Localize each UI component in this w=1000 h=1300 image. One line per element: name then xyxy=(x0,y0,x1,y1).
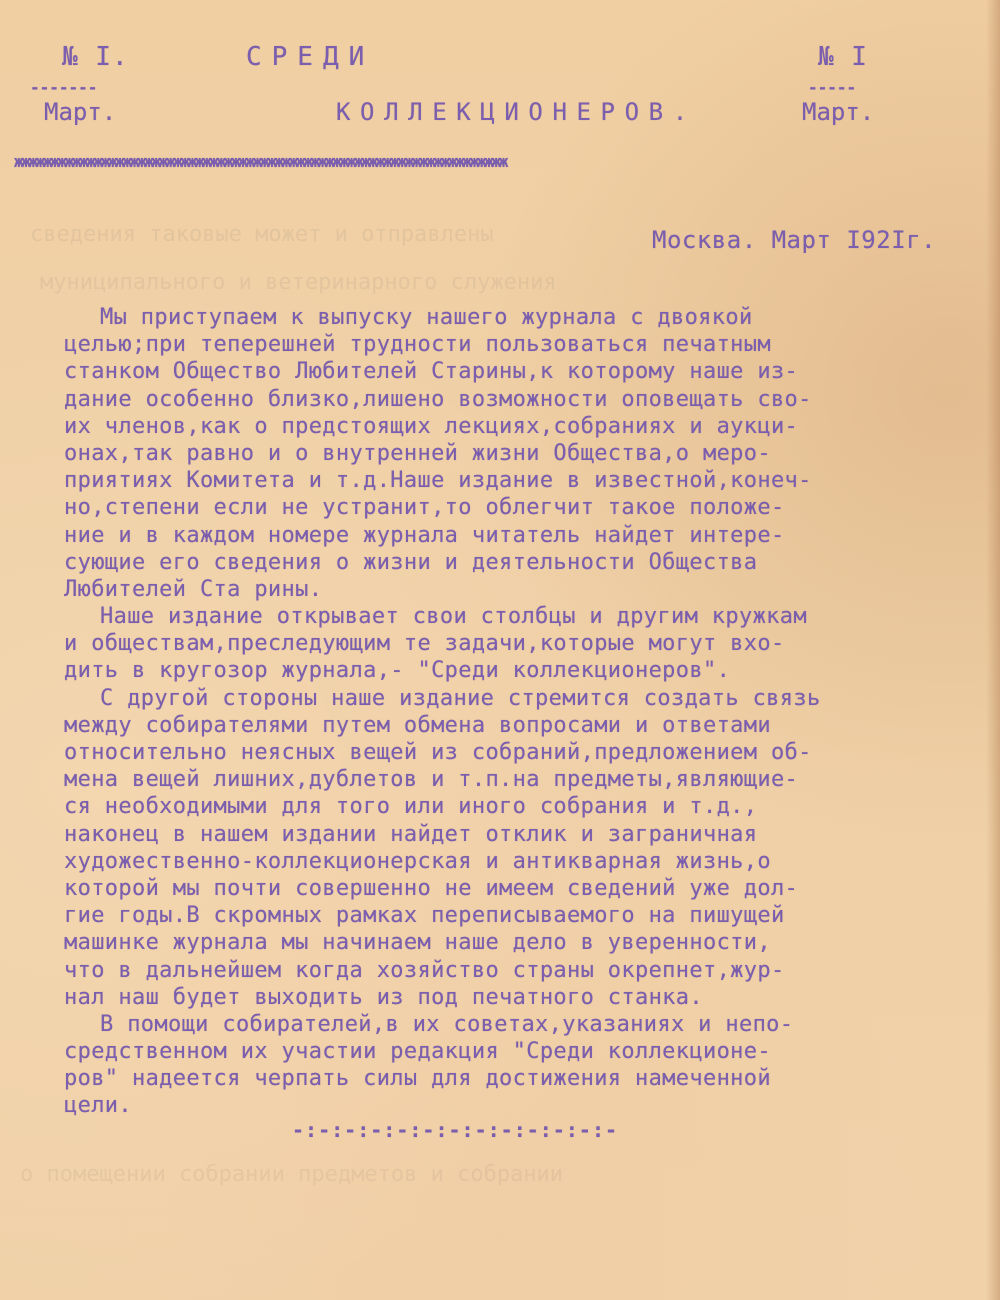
text-line: Наше издание открывает свои столбцы и др… xyxy=(64,603,1000,630)
text-line: их членов,как о предстоящих лекциях,собр… xyxy=(64,413,1000,440)
end-ornament: -:-:-:-:-:-:-:-:-:-:-:-:- xyxy=(292,1118,618,1142)
text-line: целью;при теперешней трудности пользоват… xyxy=(64,331,1000,358)
article-body: Мы приступаем к выпуску нашего журнала с… xyxy=(64,304,1000,1120)
issue-number-right: № I xyxy=(818,42,868,72)
month-left: Март. xyxy=(44,98,116,126)
text-line: онах,так равно и о внутренней жизни Обще… xyxy=(64,440,1000,467)
text-line: В помощи собирателей,в их советах,указан… xyxy=(64,1011,1000,1038)
text-line: мена вещей лишних,дублетов и т.п.на пред… xyxy=(64,766,1000,793)
text-line: нал наш будет выходить из под печатного … xyxy=(64,984,1000,1011)
dash-rule-left: ------- xyxy=(30,78,97,97)
text-line: машинке журнала мы начинаем наше дело в … xyxy=(64,929,1000,956)
text-line: дание особенно близко,лишено возможности… xyxy=(64,386,1000,413)
text-line: гие годы.В скромных рамках переписываемо… xyxy=(64,902,1000,929)
text-line: приятиях Комитета и т.д.Наше издание в и… xyxy=(64,467,1000,494)
text-line: относительно неясных вещей из собраний,п… xyxy=(64,739,1000,766)
masthead-title-line2: КОЛЛЕКЦИОНЕРОВ. xyxy=(336,98,697,126)
text-line: наконец в нашем издании найдет отклик и … xyxy=(64,821,1000,848)
bleed-through-text: муниципального и ветеринарного служения xyxy=(40,270,557,295)
text-line: которой мы почти совершенно не имеем све… xyxy=(64,875,1000,902)
ornamental-divider: жжжжжжжжжжжжжжжжжжжжжжжжжжжжжжжжжжжжжжжж… xyxy=(14,152,506,171)
bleed-through-text: о помещении собрании предметов и собрани… xyxy=(20,1162,563,1187)
text-line: цели. xyxy=(64,1092,1000,1119)
text-line: и обществам,преследующим те задачи,котор… xyxy=(64,630,1000,657)
issue-number-left: № I. xyxy=(62,42,129,72)
month-right: Март. xyxy=(802,98,874,126)
text-line: Мы приступаем к выпуску нашего журнала с… xyxy=(64,304,1000,331)
dateline: Москва. Март I92Iг. xyxy=(652,226,936,254)
text-line: ров" надеется черпать силы для достижени… xyxy=(64,1065,1000,1092)
document-page: сведения таковые может и отправлены муни… xyxy=(0,0,1000,1300)
text-line: станком Общество Любителей Старины,к кот… xyxy=(64,358,1000,385)
text-line: сующие его сведения о жизни и деятельнос… xyxy=(64,549,1000,576)
masthead-title-line1: СРЕДИ xyxy=(246,42,374,72)
text-line: между собирателями путем обмена вопросам… xyxy=(64,712,1000,739)
text-line: дить в кругозор журнала,- "Среди коллекц… xyxy=(64,657,1000,684)
text-line: средственном их участии редакция "Среди … xyxy=(64,1038,1000,1065)
text-line: художественно-коллекционерская и антиква… xyxy=(64,848,1000,875)
bleed-through-text: сведения таковые может и отправлены xyxy=(30,222,494,247)
text-line: что в дальнейшем когда хозяйство страны … xyxy=(64,957,1000,984)
text-line: ся необходимыми для того или иного собра… xyxy=(64,793,1000,820)
text-line: но,степени если не устранит,то облегчит … xyxy=(64,494,1000,521)
text-line: С другой стороны наше издание стремится … xyxy=(64,685,1000,712)
dash-rule-right: ----- xyxy=(808,78,856,97)
text-line: Любителей Ста рины. xyxy=(64,576,1000,603)
text-line: ние и в каждом номере журнала читатель н… xyxy=(64,522,1000,549)
